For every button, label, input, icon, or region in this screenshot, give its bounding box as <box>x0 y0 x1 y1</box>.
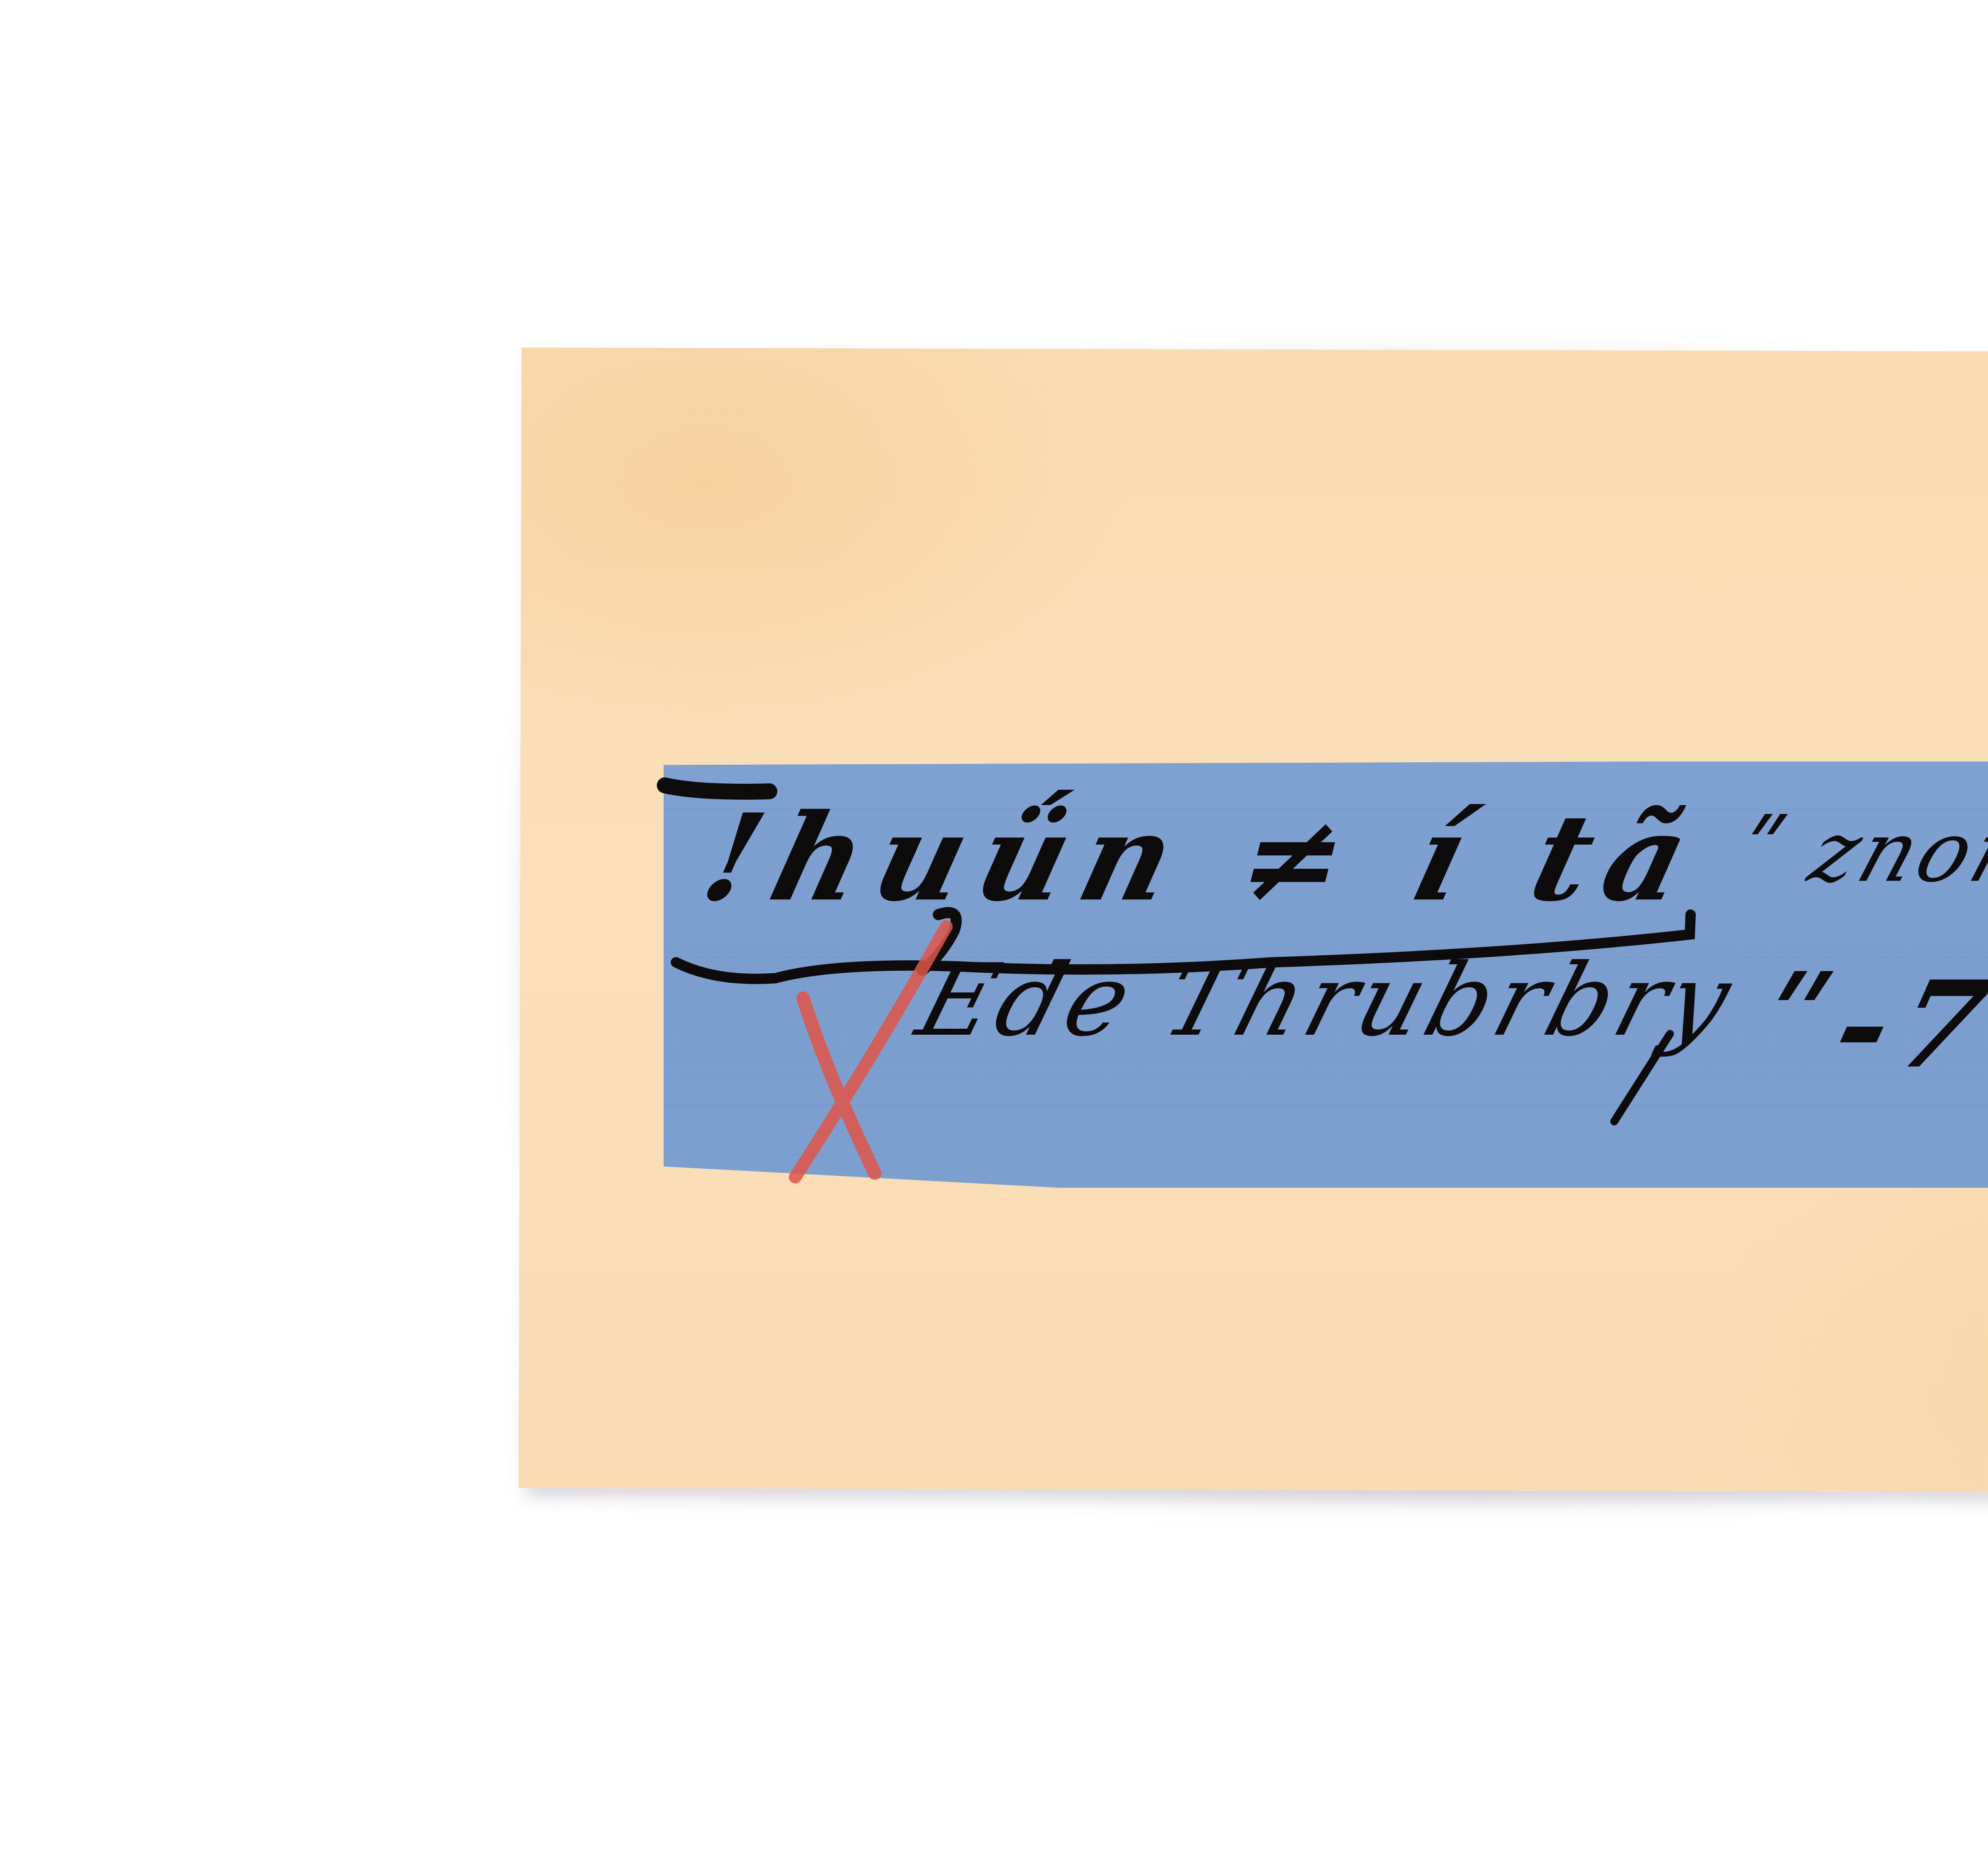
slip-line2-number-text: ʺ-795 ǁ; <box>1748 954 1988 1095</box>
slip-line1-main-text: !huǘn ≠ í tã <box>690 787 1718 928</box>
slip-line2-main-text: Ede Thrubrbry <box>906 942 1748 1058</box>
slip-line1-right-text: ʺ znordy <box>1726 803 1988 901</box>
